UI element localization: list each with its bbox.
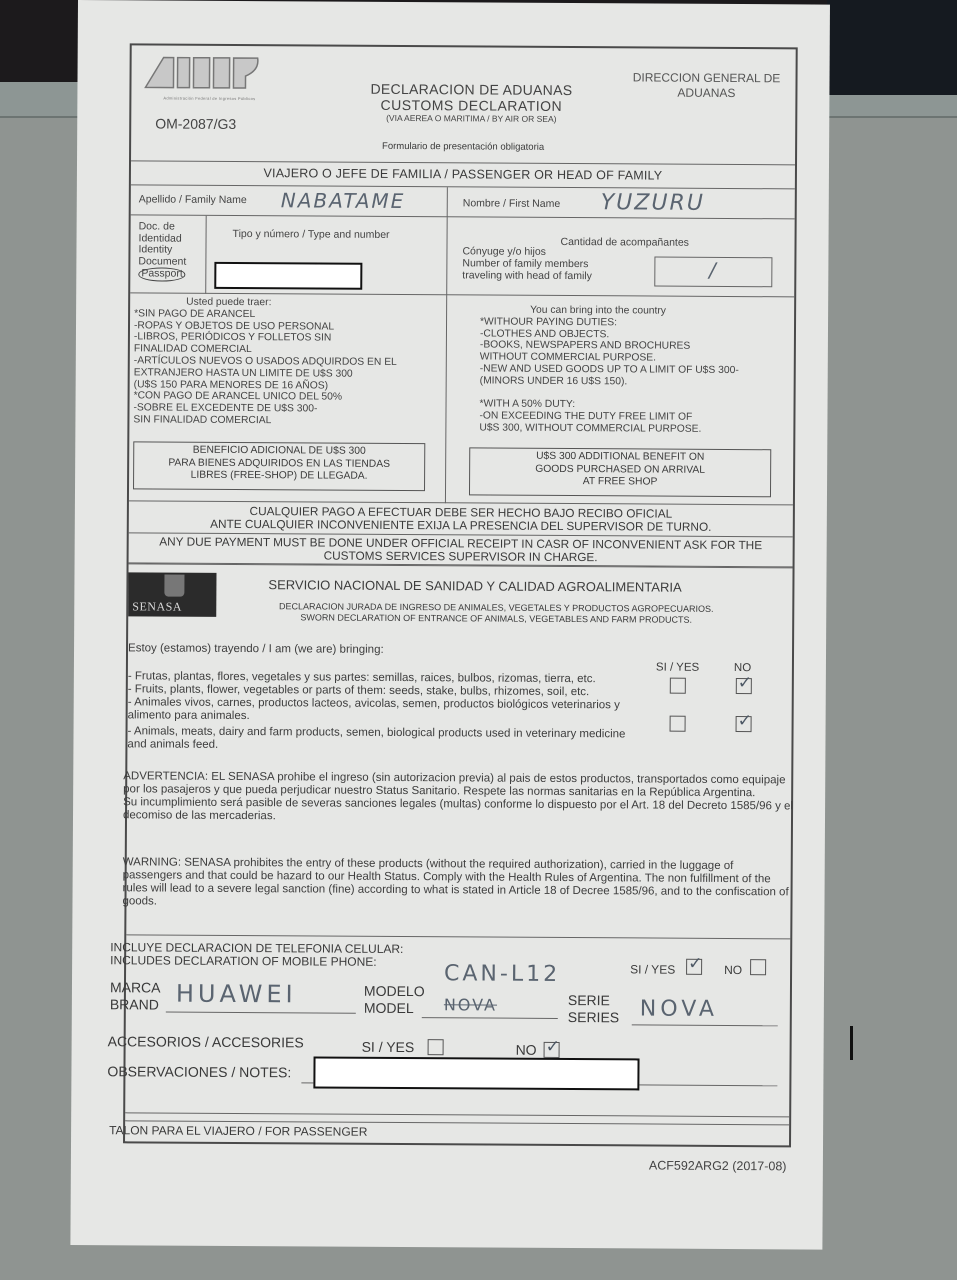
companions-label-line: traveling with head of family <box>462 269 592 282</box>
senasa-title: SERVICIO NACIONAL DE SANIDAD Y CALIDAD A… <box>268 577 681 595</box>
accessories-yes-checkbox[interactable] <box>428 1039 444 1055</box>
brand-line <box>166 1012 356 1014</box>
agency-line-2: ADUANAS <box>611 85 801 101</box>
yes-column-header: SI / YES <box>656 662 699 675</box>
first-name-field[interactable]: YUZURU <box>601 190 705 216</box>
allowances-section: Usted puede traer: *SIN PAGO DE ARANCEL … <box>129 293 794 505</box>
warning-english: WARNING: SENASA prohibites the entry of … <box>122 856 794 912</box>
series-label-es: SERIE <box>568 992 619 1009</box>
senasa-logo-mark <box>164 575 184 597</box>
form-code: OM-2087/G3 <box>155 115 236 131</box>
accessories-no-checkbox-checked[interactable] <box>544 1042 560 1058</box>
series-line <box>632 1024 778 1026</box>
payment-notice-line: ANTE CUALQUIER INCONVENIENTE EXIJA LA PR… <box>129 517 793 534</box>
brand-label-en: BRAND <box>110 996 161 1013</box>
divider <box>205 216 206 294</box>
accessories-yes-label: SI / YES <box>362 1039 415 1055</box>
model-label-es: MODELO <box>364 983 425 1000</box>
mandatory-note: Formulario de presentación obligatoria <box>131 139 795 154</box>
senasa-item-animals: - Animales vivos, carnes, productos lact… <box>127 696 627 754</box>
document-label: Doc. de Identidad Identity Document Pass… <box>138 221 186 281</box>
model-field[interactable]: CAN-L12 <box>444 961 560 987</box>
allowances-english: You can bring into the country *WITHOUR … <box>479 304 790 436</box>
payment-notice-english: ANY DUE PAYMENT MUST BE DONE UNDER OFFIC… <box>129 533 793 567</box>
senasa-subtitle: DECLARACION JURADA DE INGRESO DE ANIMALE… <box>216 601 776 626</box>
notes-label: OBSERVACIONES / NOTES: <box>107 1063 291 1080</box>
model-struck-value: NOVA <box>444 995 497 1014</box>
item-text-en: - Animals, meats, dairy and farm product… <box>127 725 627 754</box>
animals-no-checkbox-checked[interactable] <box>736 716 752 732</box>
series-label-en: SERIES <box>568 1009 619 1026</box>
companions-label: Cónyuge y/o hijos Number of family membe… <box>462 245 592 282</box>
agency-name: DIRECCION GENERAL DE ADUANAS <box>611 70 801 101</box>
companions-count-value: / <box>709 258 718 282</box>
family-name-field[interactable]: NABATAME <box>281 188 406 213</box>
divider <box>446 217 447 295</box>
payment-notice-spanish: CUALQUIER PAGO A EFECTUAR DEBE SER HECHO… <box>129 501 793 537</box>
allowances-spanish: Usted puede traer: *SIN PAGO DE ARANCEL … <box>133 296 439 428</box>
mobile-no-checkbox[interactable] <box>750 959 766 975</box>
plants-no-checkbox-checked[interactable] <box>736 678 752 694</box>
agency-line-1: DIRECCION GENERAL DE <box>611 70 801 86</box>
warning-es-paragraph-1: ADVERTENCIA: EL SENASA prohibe el ingres… <box>123 770 793 800</box>
mobile-phone-section: INCLUYE DECLARACION DE TELEFONIA CELULAR… <box>125 935 790 1117</box>
mobile-question: INCLUYE DECLARACION DE TELEFONIA CELULAR… <box>110 941 403 969</box>
mobile-yes-checkbox-checked[interactable] <box>686 959 702 975</box>
brand-label: MARCA BRAND <box>110 979 161 1013</box>
allowance-line: U$S 300, WITHOUT COMMERCIAL PURPOSE. <box>479 422 789 436</box>
doc-label-line: Document <box>138 256 186 268</box>
warning-es-paragraph-2: Su incumplimiento será pasible de severa… <box>123 796 793 826</box>
allowance-line: (MINORS UNDER 16 U$S 150). <box>480 375 790 389</box>
photo-background-corner <box>827 0 957 95</box>
companions-label-line: Number of family members <box>462 257 592 270</box>
mobile-question-en: INCLUDES DECLARATION OF MOBILE PHONE: <box>110 954 403 969</box>
form-version-code: ACF592ARG2 (2017-08) <box>649 1159 787 1174</box>
model-label-en: MODEL <box>364 1000 425 1017</box>
item-text-es: - Animales vivos, carnes, productos lact… <box>128 696 628 725</box>
mobile-yes-label: SI / YES <box>630 962 675 976</box>
senasa-section: SENASA SERVICIO NACIONAL DE SANIDAD Y CA… <box>126 563 792 939</box>
benefit-line: PARA BIENES ADQUIRIDOS EN LAS TIENDAS <box>134 457 424 471</box>
brand-label-es: MARCA <box>110 979 161 996</box>
title-via: (VIA AEREA O MARITIMA / BY AIR OR SEA) <box>321 112 621 124</box>
document-type-label: Tipo y número / Type and number <box>233 228 390 241</box>
benefit-box-spanish: BENEFICIO ADICIONAL DE U$S 300 PARA BIEN… <box>133 441 425 491</box>
senasa-item-plants: - Frutas, plantas, flores, vegetales y s… <box>128 670 648 699</box>
animals-yes-checkbox[interactable] <box>670 716 686 732</box>
doc-label-line: Doc. de <box>139 221 187 233</box>
mobile-no-label: NO <box>724 963 742 977</box>
title-english: CUSTOMS DECLARATION <box>321 96 621 114</box>
model-line <box>422 1017 558 1019</box>
first-name-label: Nombre / First Name <box>463 197 561 210</box>
customs-declaration-paper: Administración Federal de Ingresos Públi… <box>70 0 830 1250</box>
document-row: Doc. de Identidad Identity Document Pass… <box>130 215 794 297</box>
form-title: DECLARACION DE ADUANAS CUSTOMS DECLARATI… <box>321 80 621 124</box>
benefit-line: LIBRES (FREE-SHOP) DE LLEGADA. <box>134 469 424 483</box>
names-row: Apellido / Family Name NABATAME Nombre /… <box>131 185 795 219</box>
afip-logo-subtitle: Administración Federal de Ingresos Públi… <box>163 96 255 102</box>
customs-form: Administración Federal de Ingresos Públi… <box>123 43 798 1147</box>
document-number-redacted <box>214 262 362 290</box>
accessories-no-label: NO <box>516 1042 537 1058</box>
allowance-line: SIN FINALIDAD COMERCIAL <box>133 414 438 428</box>
plants-yes-checkbox[interactable] <box>670 678 686 694</box>
bringing-label: Estoy (estamos) trayendo / I am (we are)… <box>128 642 384 657</box>
doc-label-line: Identity <box>138 244 186 256</box>
notes-field-redacted[interactable] <box>313 1056 639 1090</box>
brand-field[interactable]: HUAWEI <box>176 980 297 1009</box>
warning-spanish: ADVERTENCIA: EL SENASA prohibe el ingres… <box>123 770 793 826</box>
senasa-logo-text: SENASA <box>132 599 182 614</box>
divider <box>445 295 447 503</box>
divider <box>447 187 448 217</box>
title-spanish: DECLARACION DE ADUANAS <box>321 80 621 98</box>
series-label: SERIE SERIES <box>568 992 620 1026</box>
text-cursor-mark <box>850 1026 853 1060</box>
companions-count-field[interactable]: / <box>654 257 772 288</box>
model-label: MODELO MODEL <box>364 983 425 1017</box>
form-header: Administración Federal de Ingresos Públi… <box>131 45 796 165</box>
benefit-box-english: U$S 300 ADDITIONAL BENEFIT ON GOODS PURC… <box>469 447 771 497</box>
companions-label-line: Cónyuge y/o hijos <box>462 245 592 258</box>
series-field[interactable]: NOVA <box>640 996 718 1021</box>
benefit-line: AT FREE SHOP <box>470 475 770 489</box>
family-name-label: Apellido / Family Name <box>139 193 247 206</box>
passport-option-circled[interactable]: Passport <box>138 267 186 281</box>
senasa-logo-icon: SENASA <box>128 572 216 617</box>
accessories-label: ACCESORIOS / ACCESORIES <box>108 1033 304 1050</box>
passenger-stub-label: TALON PARA EL VIAJERO / FOR PASSENGER <box>109 1123 367 1139</box>
